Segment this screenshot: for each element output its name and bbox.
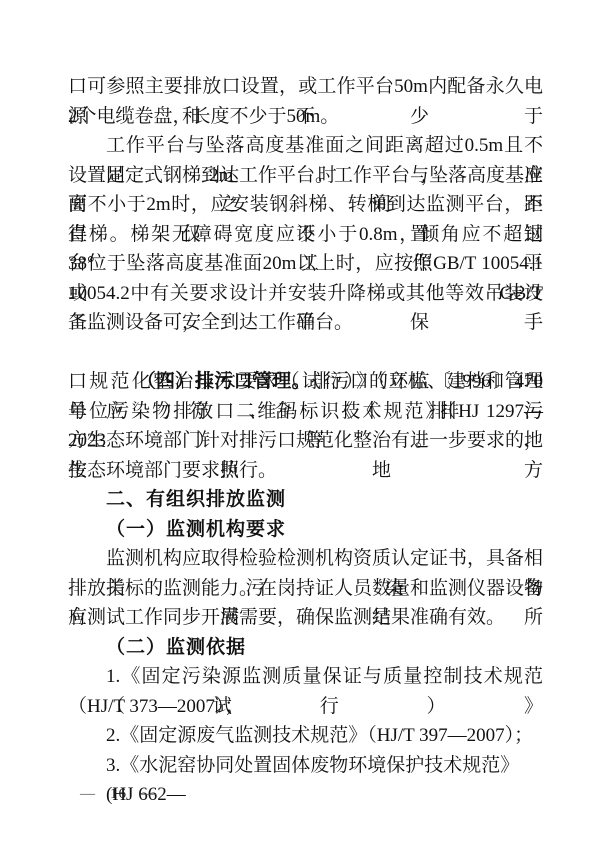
footer-dash-left: — <box>80 786 96 802</box>
body-text-line: 方生态环境部门针对排污口规范化整治有进一步要求的，按照地方 <box>68 426 543 456</box>
body-text-line: 口可参照主要排放口设置，或工作平台50m内配备永久电源和不少于 <box>68 72 543 102</box>
page-number: 16 <box>110 786 127 802</box>
body-text-line: （四）排污口管理。排污口的立标、建档和管理应符合《排污 <box>68 338 543 368</box>
body-text-line: 工作平台与坠落高度基准面之间距离超过0.5m且不足2m时，应 <box>68 131 543 161</box>
body-text-line: 有测试工作同步开展需要，确保监测结果准确有效。 <box>68 603 543 633</box>
subsection-heading: （一）监测机构要求 <box>68 515 543 545</box>
body-text-line: 离不小于2m时，应安装钢斜梯、转梯到达监测平台，不得仅设置钢 <box>68 190 543 220</box>
footer-dash-right: — <box>141 786 157 802</box>
body-text-line: 口规范化整治技术要求（试行）》（环监〔1996〕470号）、《排污 <box>68 367 543 397</box>
page-footer: —16— <box>80 786 157 803</box>
list-item-line: 2.《固定源废气监测技术规范》（HJ/T 397—2007）； <box>68 721 543 751</box>
body-text-line: 单位污染物排放口二维码标识技术规范》（HJ 1297—2023）等。地 <box>68 397 543 427</box>
list-item-line: 1.《固定污染源监测质量保证与质量控制技术规范（试行）》 <box>68 662 543 692</box>
document-page: 口可参照主要排放口设置，或工作平台50m内配备永久电源和不少于 2个电缆卷盘，长… <box>0 0 600 848</box>
document-body: 口可参照主要排放口设置，或工作平台50m内配备永久电源和不少于 2个电缆卷盘，长… <box>68 72 543 780</box>
section-heading: 二、有组织排放监测 <box>68 485 543 515</box>
body-text-line: 监测机构应取得检验检测机构资质认定证书，具备相关污染物 <box>68 544 543 574</box>
body-text-line: 排放指标的监测能力。在岗持证人员数量和监测仪器设备应满足所 <box>68 574 543 604</box>
body-text-line: 设置固定式钢梯到达工作平台。工作平台与坠落高度基准面之间距 <box>68 161 543 191</box>
subsection-heading: （二）监测依据 <box>68 633 543 663</box>
body-text-line: 直梯。梯架无障碍宽度应不小于0.8m，倾角应不超过38°。工作平 <box>68 220 543 250</box>
list-item-line: 3.《水泥窑协同处置固体废物环境保护技术规范》(HJ 662— <box>68 751 543 781</box>
body-text-line: 10054.2中有关要求设计并安装升降梯或其他等效吊装设备，确保手 <box>68 279 543 309</box>
body-text-line: 台位于坠落高度基准面20m以上时，应按照GB/T 10054.1或GB/T <box>68 249 543 279</box>
